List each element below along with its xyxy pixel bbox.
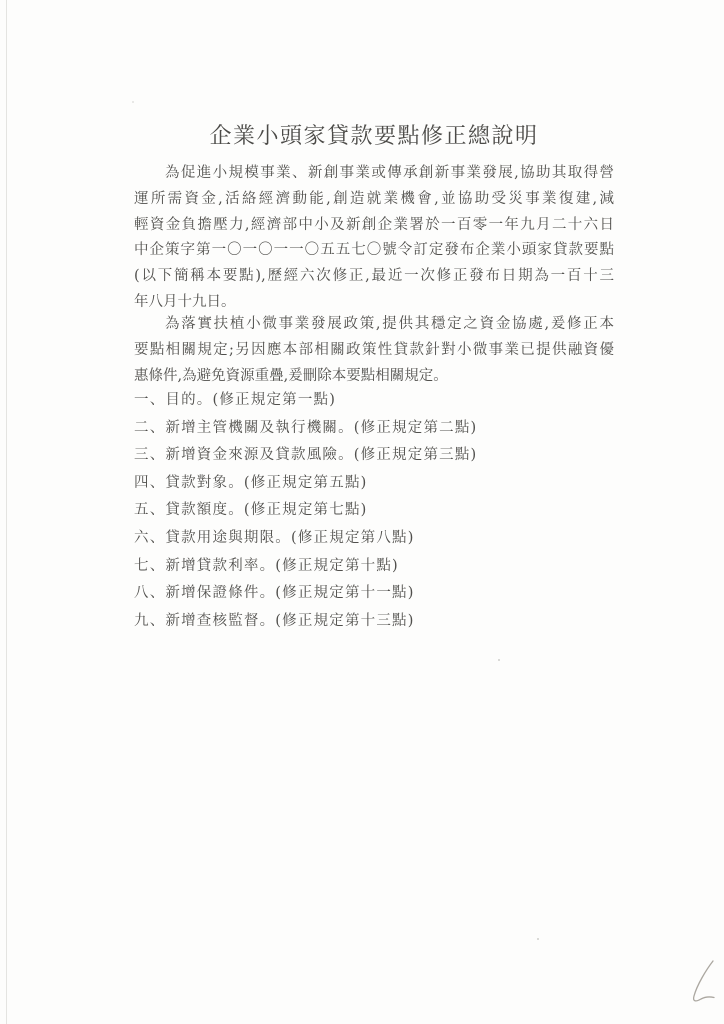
paragraph-line: 惠條件,為避免資源重疊,爰刪除本要點相關規定。	[134, 364, 614, 390]
paragraph-2: 為落實扶植小微事業發展政策,提供其穩定之資金協處,爰修正本 要點相關規定;另因應…	[134, 312, 614, 389]
paragraph-line: 運所需資金,活絡經濟動能,創造就業機會,並協助受災事業復建,減	[134, 187, 614, 213]
paragraph-line: 要點相關規定;另因應本部相關政策性貸款針對小微事業已提供融資優	[134, 338, 614, 364]
list-item: 一、目的。(修正規定第一點)	[134, 387, 614, 415]
list-item: 五、貸款額度。(修正規定第七點)	[134, 497, 614, 525]
list-item: 四、貸款對象。(修正規定第五點)	[134, 470, 614, 498]
pen-mark	[668, 946, 720, 1010]
list-item: 八、新增保證條件。(修正規定第十一點)	[134, 580, 614, 608]
scan-speck	[537, 938, 539, 940]
paragraph-line: (以下簡稱本要點),歷經六次修正,最近一次修正發布日期為一百十三	[134, 264, 614, 290]
scan-speck	[132, 101, 134, 103]
paragraph-line: 為促進小規模事業、新創事業或傳承創新事業發展,協助其取得營	[134, 161, 614, 187]
paragraph-line: 輕資金負擔壓力,經濟部中小及新創企業署於一百零一年九月二十六日	[134, 213, 614, 239]
scanned-document-page: 企業小頭家貸款要點修正總說明 為促進小規模事業、新創事業或傳承創新事業發展,協助…	[0, 0, 724, 1024]
list-item: 三、新增資金來源及貸款風險。(修正規定第三點)	[134, 442, 614, 470]
paragraph-1: 為促進小規模事業、新創事業或傳承創新事業發展,協助其取得營 運所需資金,活絡經濟…	[134, 161, 614, 316]
paragraph-line: 中企策字第一〇一〇一一〇五五七〇號令訂定發布企業小頭家貸款要點	[134, 238, 614, 264]
paragraph-line: 為落實扶植小微事業發展政策,提供其穩定之資金協處,爰修正本	[134, 312, 614, 338]
scan-speck	[498, 659, 500, 661]
list-item: 二、新增主管機關及執行機關。(修正規定第二點)	[134, 415, 614, 443]
scan-edge-line	[6, 0, 7, 1024]
amendment-list: 一、目的。(修正規定第一點) 二、新增主管機關及執行機關。(修正規定第二點) 三…	[134, 387, 614, 635]
document-title: 企業小頭家貸款要點修正總說明	[134, 119, 614, 150]
list-item: 七、新增貸款利率。(修正規定第十點)	[134, 553, 614, 581]
list-item: 六、貸款用途與期限。(修正規定第八點)	[134, 525, 614, 553]
list-item: 九、新增查核監督。(修正規定第十三點)	[134, 608, 614, 636]
